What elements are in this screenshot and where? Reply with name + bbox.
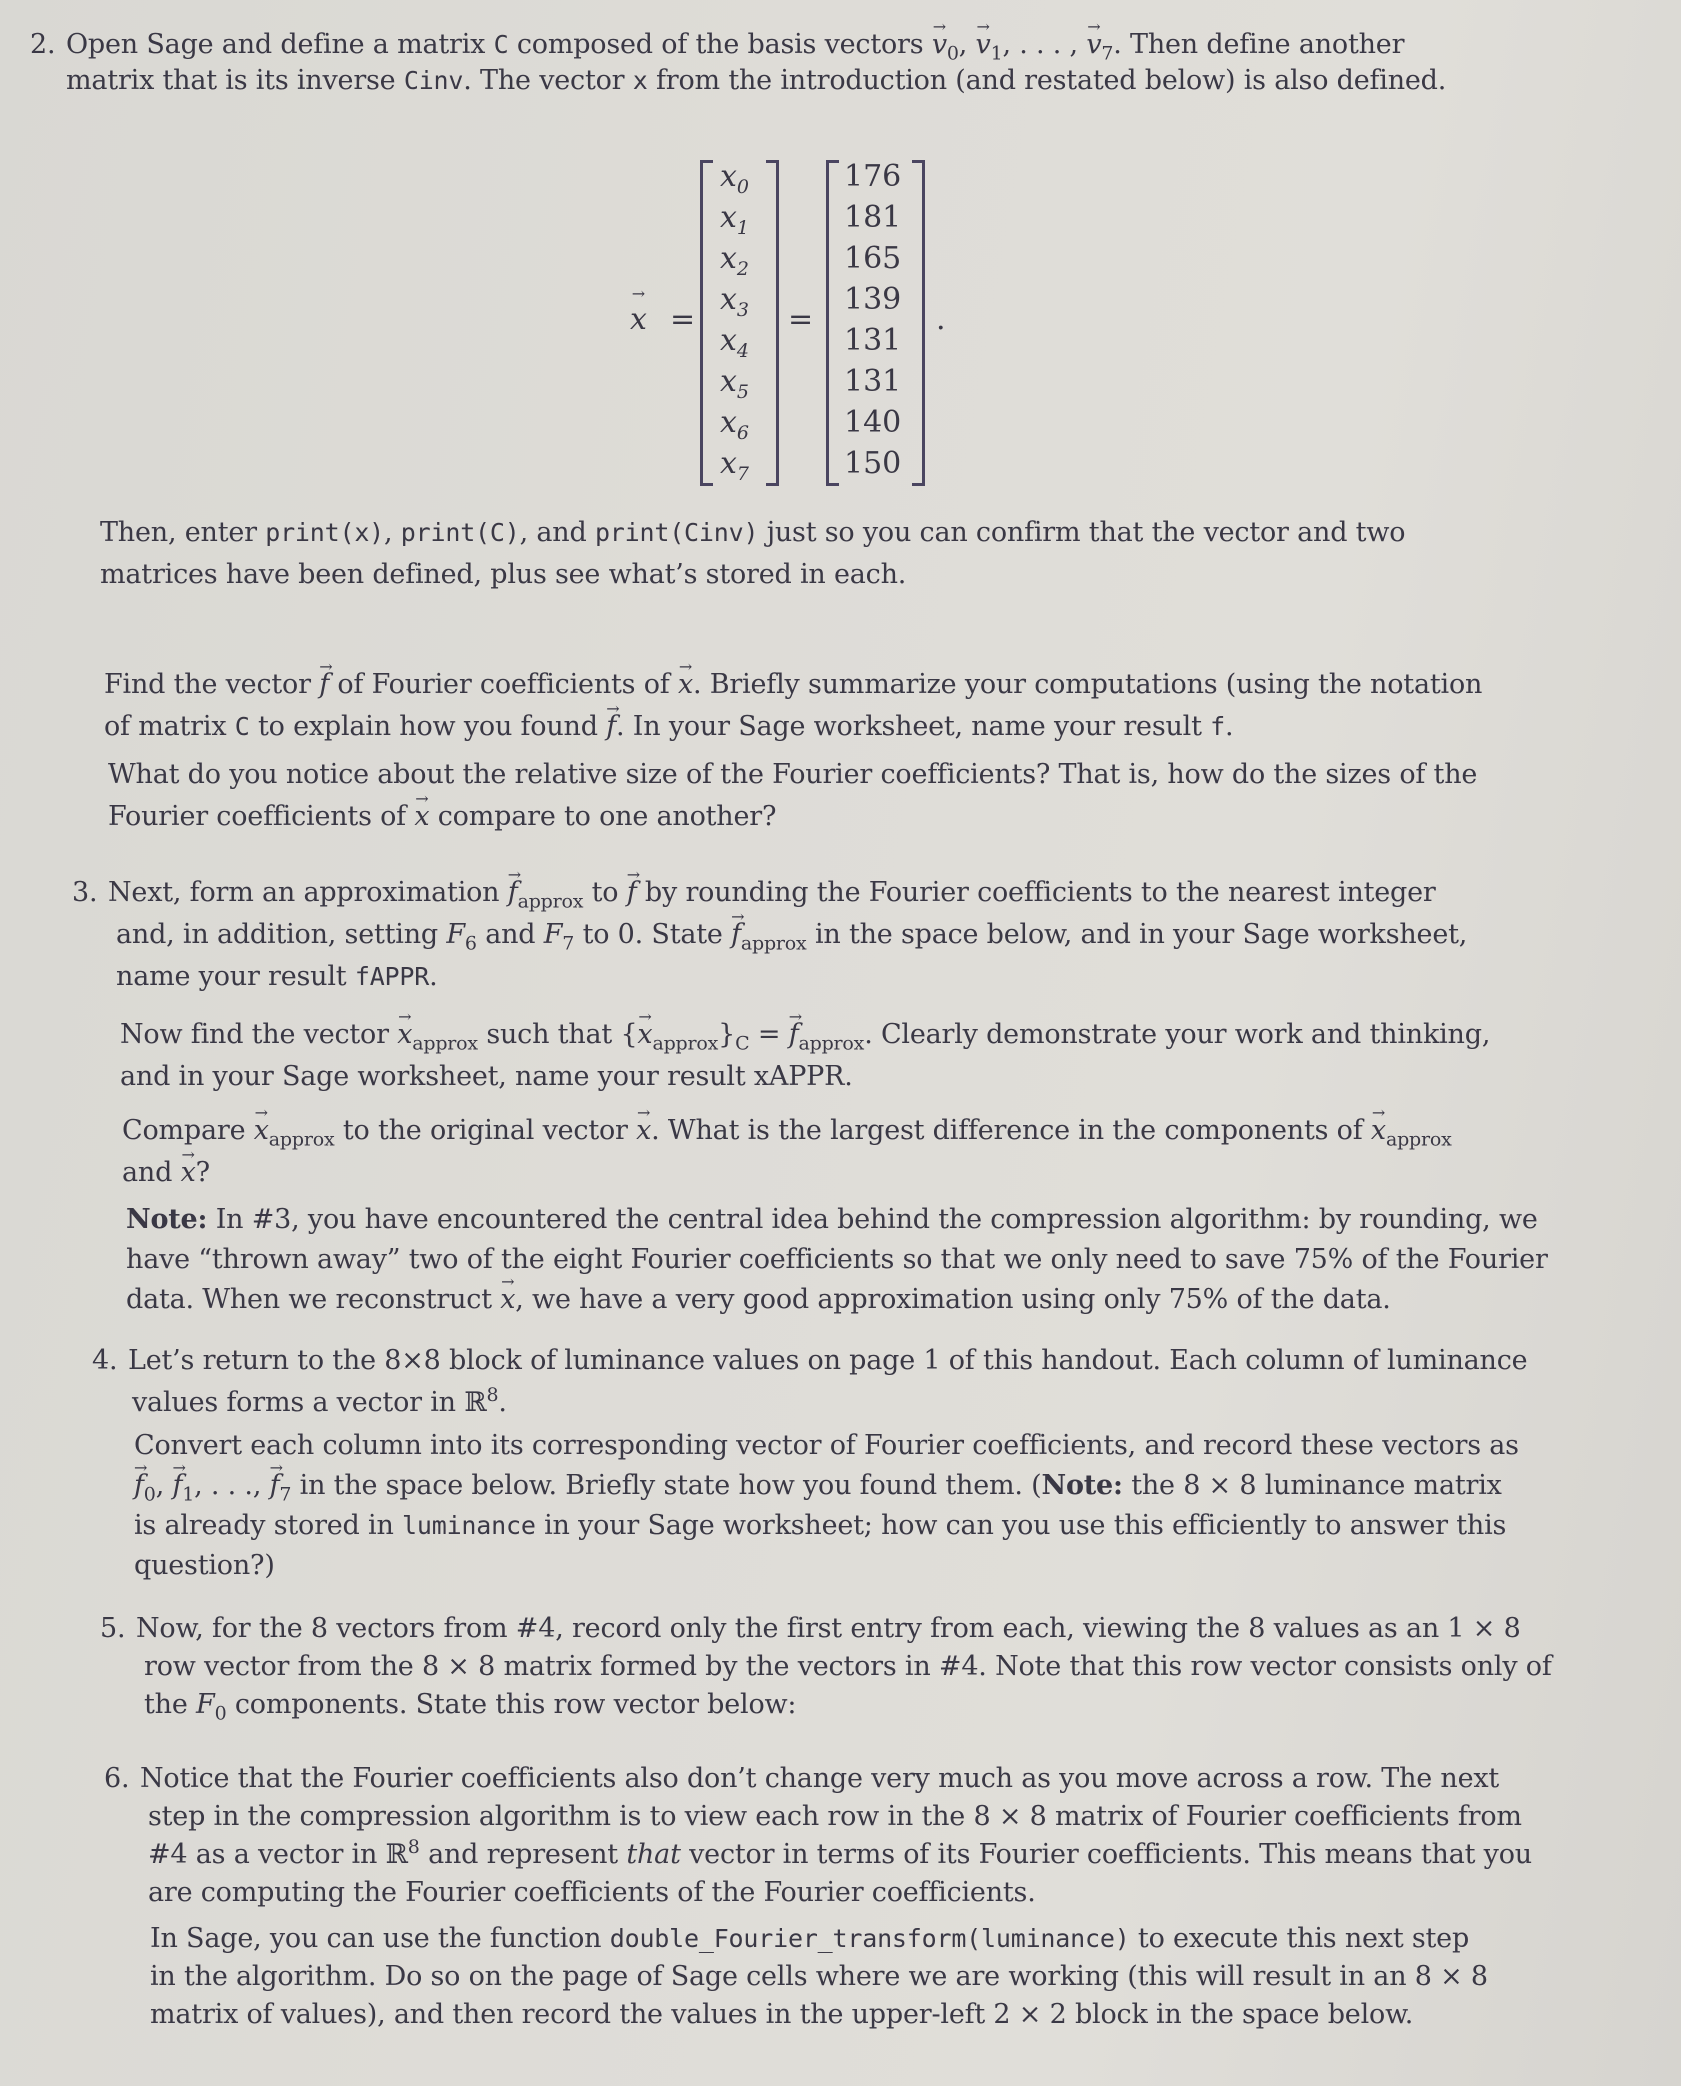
vector-x: x xyxy=(397,1014,412,1056)
vector-f: f xyxy=(134,1466,144,1506)
vector-f: f xyxy=(731,914,741,956)
code-f: f xyxy=(1210,712,1225,741)
subscript: 6 xyxy=(465,932,477,954)
text: What do you notice about the relative si… xyxy=(108,759,1477,790)
text: row vector from the 8 × 8 matrix formed … xyxy=(144,1651,1552,1682)
text: name your result xyxy=(116,961,355,992)
subscript: approx xyxy=(1386,1128,1452,1150)
x-entry: x5 xyxy=(720,361,749,402)
code-fAPPR: fAPPR xyxy=(355,962,429,991)
vector-x: x xyxy=(254,1110,269,1152)
text: Let’s return to the 8×8 block of luminan… xyxy=(128,1345,1527,1376)
text: Then, enter xyxy=(100,517,265,548)
value-entry: 131 xyxy=(844,361,901,402)
text: Find the vector xyxy=(104,669,319,700)
text: Fourier coefficients of xyxy=(108,801,414,832)
text: in the algorithm. Do so on the page of S… xyxy=(150,1961,1488,1992)
code-print-x: print(x) xyxy=(265,518,384,547)
text: . Then define another xyxy=(1113,29,1404,60)
text: In Sage, you can use the function xyxy=(150,1923,610,1954)
text: . xyxy=(498,1387,506,1418)
value-entry: 131 xyxy=(844,320,901,361)
vector-x: x xyxy=(637,1014,652,1056)
problem-number: 3. xyxy=(72,872,108,914)
text: = xyxy=(749,1019,788,1050)
text: composed of the basis vectors xyxy=(508,29,931,60)
subscript: approx xyxy=(741,932,807,954)
value-entry: 181 xyxy=(844,197,901,238)
text: to the original vector xyxy=(335,1115,637,1146)
period: . xyxy=(936,302,946,337)
note-label: Note: xyxy=(126,1204,207,1235)
subscript: 7 xyxy=(562,932,574,954)
subscript: 7 xyxy=(279,1483,291,1505)
problem-2-intro-line-2: matrix that is its inverse Cinv. The vec… xyxy=(66,60,1626,102)
text: such that { xyxy=(478,1019,637,1050)
text: compare to one another? xyxy=(429,801,776,832)
text: just so you can confirm that the vector … xyxy=(758,517,1405,548)
text: . Clearly demonstrate your work and thin… xyxy=(864,1019,1490,1050)
x-entry: x3 xyxy=(720,279,749,320)
text: } xyxy=(718,1019,735,1050)
text: In #3, you have encountered the central … xyxy=(207,1204,1537,1235)
right-bracket xyxy=(766,160,779,486)
right-bracket xyxy=(912,160,925,486)
equals-sign: = xyxy=(788,302,813,337)
problem-number: 2. xyxy=(30,24,66,66)
left-bracket xyxy=(700,160,713,486)
code-print-C: print(C) xyxy=(401,518,520,547)
text: to execute this next step xyxy=(1130,1923,1470,1954)
text: and in your Sage worksheet, name your re… xyxy=(120,1061,754,1092)
text: to 0. State xyxy=(574,919,731,950)
code-xAPPR: xAPPR xyxy=(754,1061,844,1092)
worksheet-page: 2.Open Sage and define a matrix C compos… xyxy=(0,0,1681,2086)
problem-2-print-instruction: Then, enter print(x), print(C), and prin… xyxy=(100,512,1620,596)
x-entry: x6 xyxy=(720,402,749,443)
text: . xyxy=(844,1061,852,1092)
subscript: approx xyxy=(412,1032,478,1054)
subscript: approx xyxy=(518,890,584,912)
problem-3-compare: Compare xapprox to the original vector x… xyxy=(122,1110,1642,1194)
problem-6-sage-instruction: In Sage, you can use the function double… xyxy=(150,1920,1650,2034)
left-bracket xyxy=(826,160,839,486)
text: , xyxy=(384,517,401,548)
text: . In your Sage worksheet, name your resu… xyxy=(616,711,1210,742)
value-column: 176 181 165 139 131 131 140 150 xyxy=(844,156,901,484)
equals-sign: = xyxy=(670,302,695,337)
text: , we have a very good approximation usin… xyxy=(515,1284,1390,1315)
problem-number: 5. xyxy=(100,1610,136,1648)
subscript: approx xyxy=(652,1032,718,1054)
text: matrices have been defined, plus see wha… xyxy=(100,559,906,590)
F: F xyxy=(544,919,563,950)
vector-f: f xyxy=(172,1466,182,1506)
superscript: 8 xyxy=(486,1384,498,1406)
text: . The vector xyxy=(463,65,632,96)
text: in your Sage worksheet; how can you use … xyxy=(536,1510,1507,1541)
F: F xyxy=(446,919,465,950)
vector-x: x xyxy=(636,1110,651,1152)
vector-f: f xyxy=(270,1466,280,1506)
problem-3-note: Note: In #3, you have encountered the ce… xyxy=(126,1200,1646,1320)
text: the 8 × 8 luminance matrix xyxy=(1123,1470,1502,1501)
note-label: Note: xyxy=(1042,1470,1123,1501)
problem-5: 5.Now, for the 8 vectors from #4, record… xyxy=(100,1610,1640,1724)
x-entry: x2 xyxy=(720,238,749,279)
problem-number: 6. xyxy=(104,1760,140,1798)
F: F xyxy=(196,1689,215,1720)
text: ? xyxy=(196,1157,210,1188)
text: of Fourier coefficients of xyxy=(329,669,678,700)
text: Now find the vector xyxy=(120,1019,397,1050)
text: , and xyxy=(520,517,595,548)
x-entry: x7 xyxy=(720,443,749,484)
problem-3-approximation: 3.Next, form an approximation fapprox to… xyxy=(72,872,1632,998)
code-print-Cinv: print(Cinv) xyxy=(595,518,758,547)
value-entry: 150 xyxy=(844,443,901,484)
problem-2-relative-size-question: What do you notice about the relative si… xyxy=(108,754,1628,838)
subscript: 0 xyxy=(144,1483,156,1505)
x-entry: x1 xyxy=(720,197,749,238)
vector-f: f xyxy=(508,872,518,914)
value-entry: 139 xyxy=(844,279,901,320)
text: Open Sage and define a matrix xyxy=(66,29,494,60)
vector-f: f xyxy=(627,872,637,914)
text: of matrix xyxy=(104,711,235,742)
text: are computing the Fourier coefficients o… xyxy=(148,1877,1036,1908)
text: Next, form an approximation xyxy=(108,877,508,908)
text: , . . . , xyxy=(1002,29,1086,60)
text: values forms a vector in ℝ xyxy=(132,1387,486,1418)
text: by rounding the Fourier coefficients to … xyxy=(637,877,1436,908)
text: have “thrown away” two of the eight Four… xyxy=(126,1244,1548,1275)
text: from the introduction (and restated belo… xyxy=(648,65,1447,96)
code-C: C xyxy=(494,30,509,59)
text: and, in addition, setting xyxy=(116,919,446,950)
value-entry: 176 xyxy=(844,156,901,197)
vector-f: f xyxy=(789,1014,799,1056)
text: . What is the largest difference in the … xyxy=(651,1115,1371,1146)
text: and xyxy=(477,919,544,950)
text: question?) xyxy=(134,1550,275,1581)
text: vector in terms of its Fourier coefficie… xyxy=(681,1839,1532,1870)
value-entry: 140 xyxy=(844,402,901,443)
superscript: 8 xyxy=(408,1836,420,1858)
code-C: C xyxy=(235,712,250,741)
code-Cinv: Cinv xyxy=(404,66,463,95)
text: matrix of values), and then record the v… xyxy=(150,1999,1413,2030)
text: . xyxy=(1225,711,1233,742)
vector-x: x xyxy=(678,664,693,706)
text: components. State this row vector below: xyxy=(226,1689,796,1720)
value-entry: 165 xyxy=(844,238,901,279)
vector-x: x xyxy=(414,796,429,838)
text: . Briefly summarize your computations (u… xyxy=(693,669,1482,700)
text: and xyxy=(122,1157,181,1188)
code-x: x xyxy=(633,66,648,95)
code-double-fourier-transform: double_Fourier_transform(luminance) xyxy=(610,1924,1130,1953)
text: in the space below, and in your Sage wor… xyxy=(807,919,1468,950)
text: . xyxy=(429,961,437,992)
text: matrix that is its inverse xyxy=(66,65,404,96)
vector-x: x xyxy=(181,1152,196,1194)
subscript: approx xyxy=(269,1128,335,1150)
vector-x-symbol: x xyxy=(630,302,647,337)
x-entry: x4 xyxy=(720,320,749,361)
subscript: 1 xyxy=(182,1483,194,1505)
problem-3-xapprox: Now find the vector xapprox such that {x… xyxy=(120,1014,1640,1098)
code-luminance: luminance xyxy=(402,1511,536,1540)
text: the xyxy=(144,1689,196,1720)
subscript: approx xyxy=(798,1032,864,1054)
subscript: C xyxy=(735,1032,749,1054)
problem-4-intro: 4.Let’s return to the 8×8 block of lumin… xyxy=(92,1340,1632,1424)
text: Now, for the 8 vectors from #4, record o… xyxy=(136,1613,1521,1644)
vector-f: f xyxy=(319,664,329,706)
vector-x: x xyxy=(500,1280,515,1320)
problem-number: 4. xyxy=(92,1340,128,1382)
vector-f: f xyxy=(606,706,616,748)
emphasis: that xyxy=(626,1839,680,1870)
x-entry: x0 xyxy=(720,156,749,197)
vector-x: x xyxy=(1371,1110,1386,1152)
text: step in the compression algorithm is to … xyxy=(148,1801,1522,1832)
problem-2-fourier-question: Find the vector f of Fourier coefficient… xyxy=(104,664,1624,748)
text: is already stored in xyxy=(134,1510,402,1541)
subscript: 0 xyxy=(215,1702,227,1724)
text: in the space below. Briefly state how yo… xyxy=(291,1470,1041,1501)
text: to explain how you found xyxy=(250,711,607,742)
problem-6: 6.Notice that the Fourier coefficients a… xyxy=(104,1760,1644,1912)
text: Convert each column into its correspondi… xyxy=(134,1430,1519,1461)
symbolic-column: x0 x1 x2 x3 x4 x5 x6 x7 xyxy=(720,156,749,484)
text: #4 as a vector in ℝ xyxy=(148,1839,408,1870)
text: Notice that the Fourier coefficients als… xyxy=(140,1763,1499,1794)
vector-x-equation: x = x0 x1 x2 x3 x4 x5 x6 x7 = 176 181 16… xyxy=(630,152,950,492)
text: to xyxy=(583,877,626,908)
problem-4-convert: Convert each column into its correspondi… xyxy=(134,1426,1634,1586)
text: and represent xyxy=(420,1839,627,1870)
text: , . . ., xyxy=(194,1470,269,1501)
text: data. When we reconstruct xyxy=(126,1284,500,1315)
